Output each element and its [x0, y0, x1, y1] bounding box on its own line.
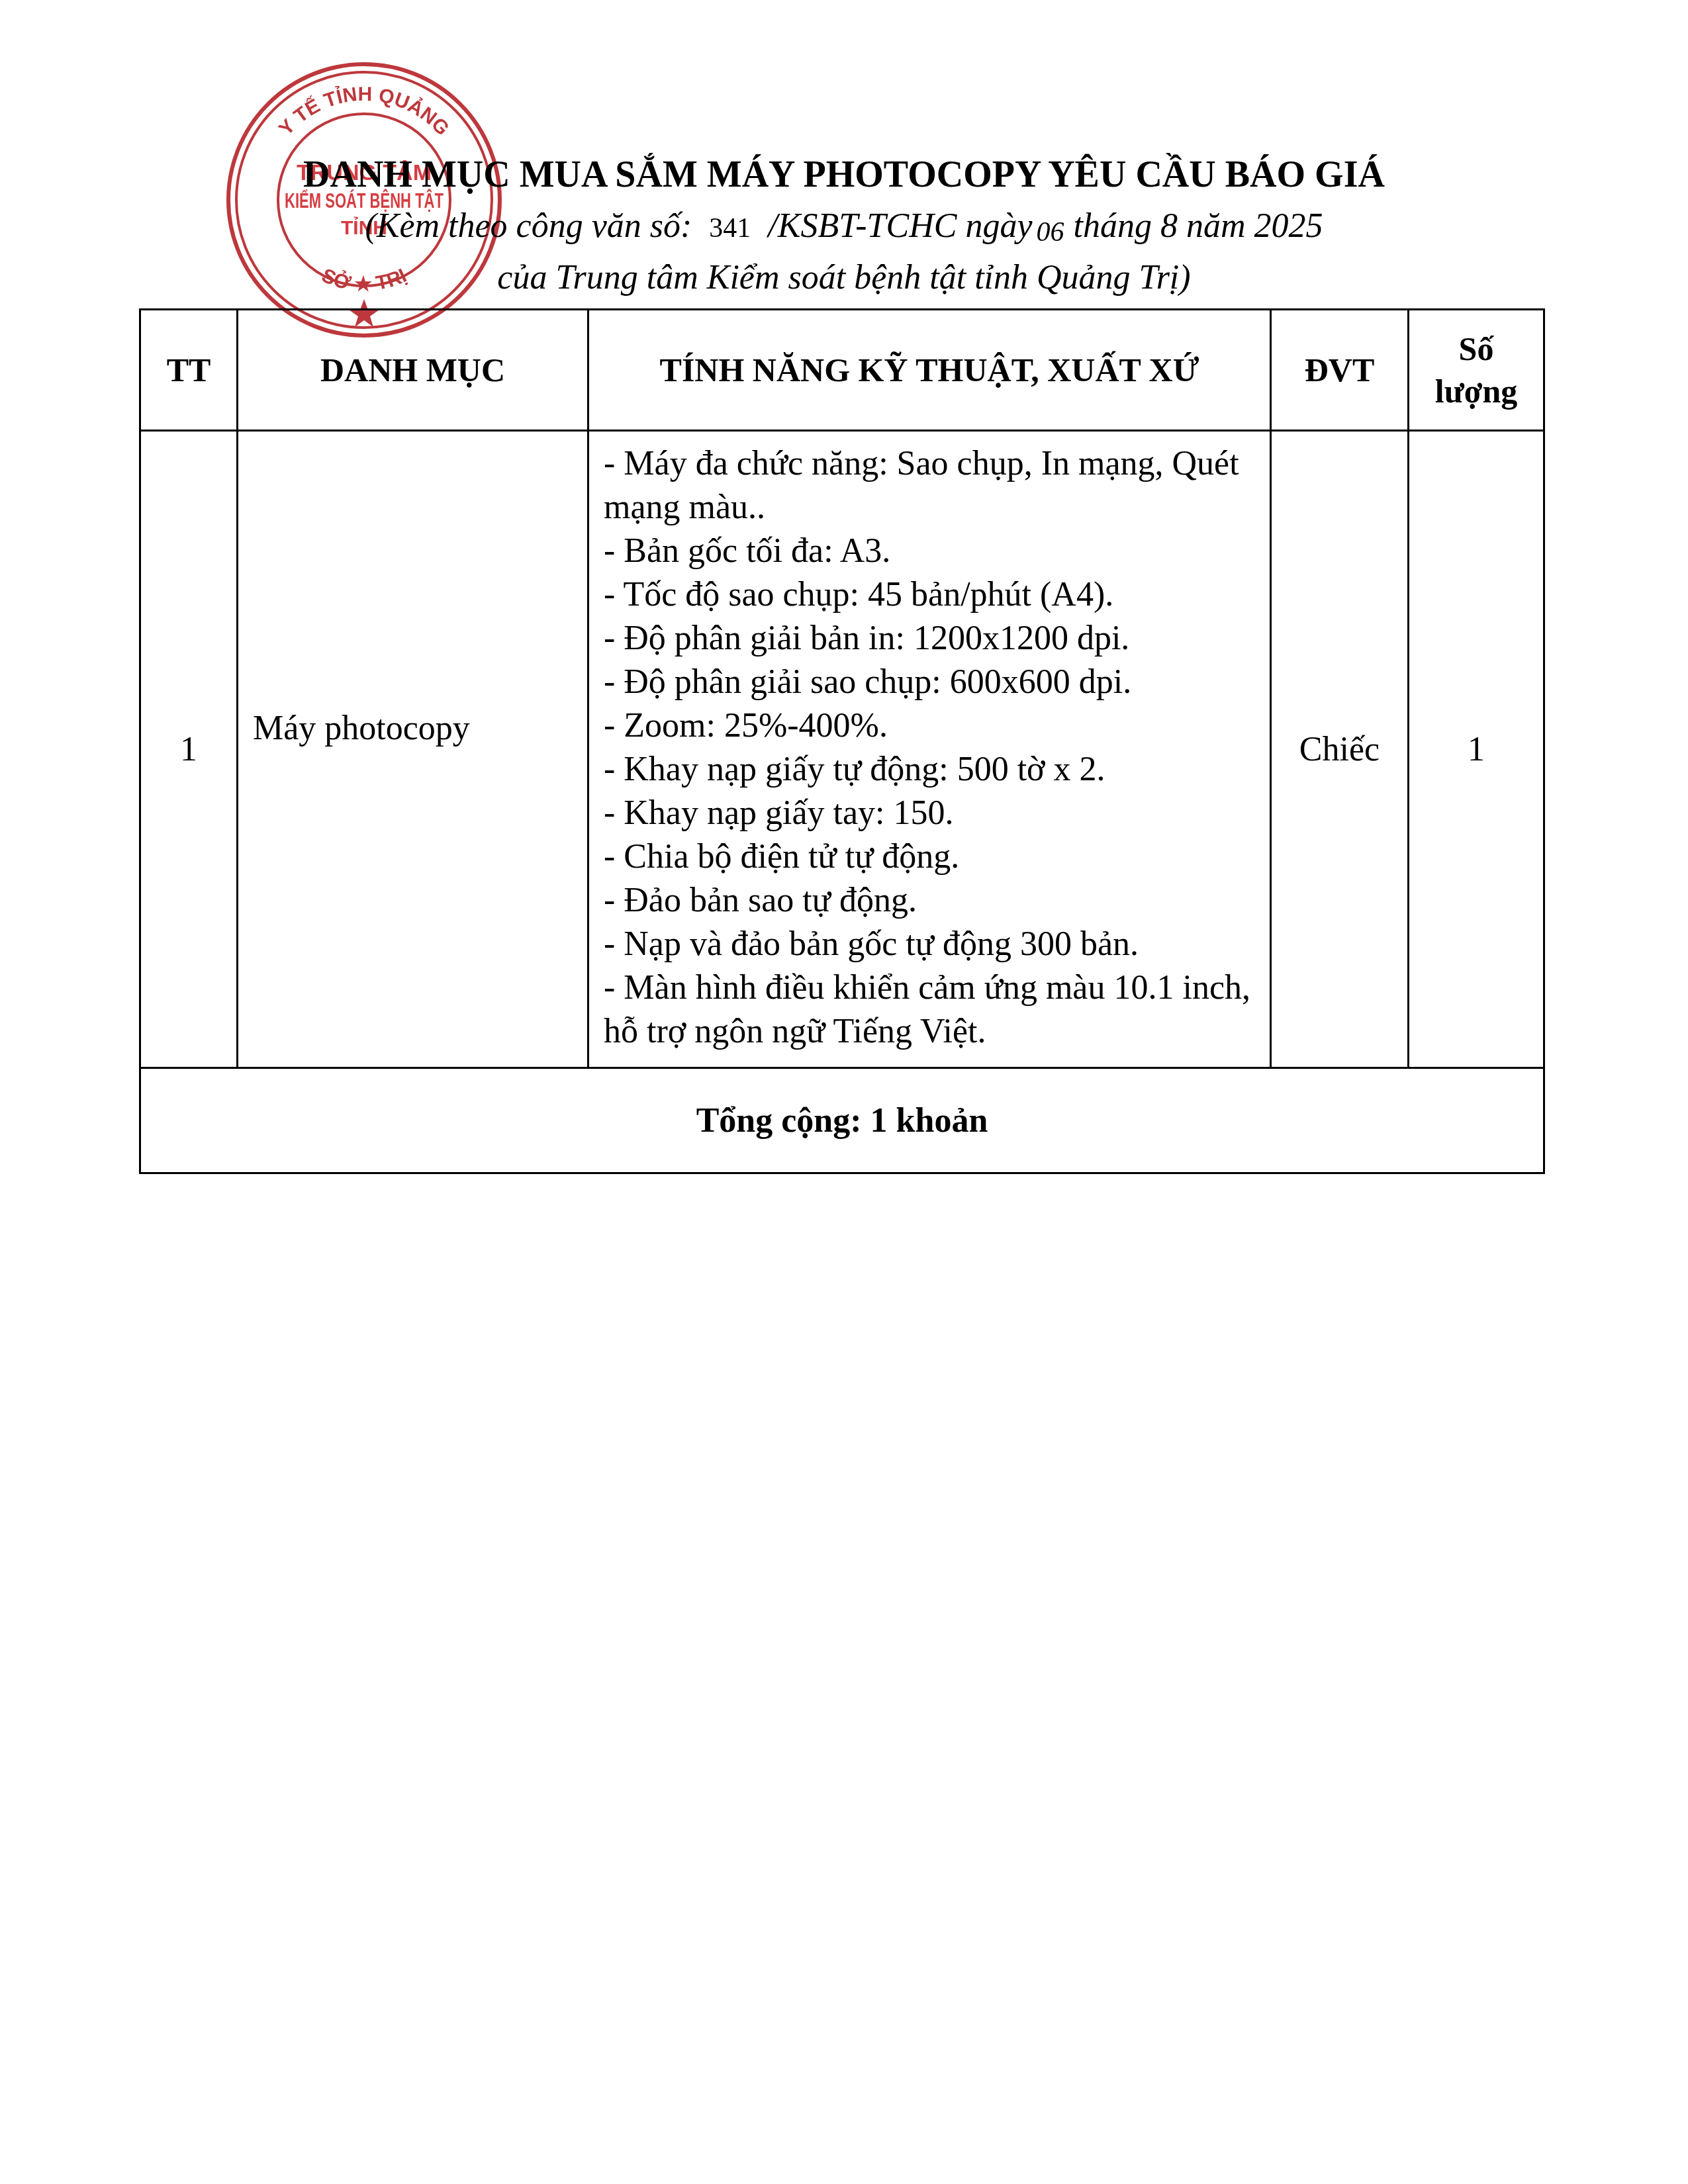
column-header-unit: ĐVT: [1271, 310, 1409, 431]
table-row: 1 Máy photocopy - Máy đa chức năng: Sao …: [140, 431, 1544, 1068]
row-index: 1: [140, 431, 238, 1068]
document-title: DANH MỤC MUA SẮM MÁY PHOTOCOPY YÊU CẦU B…: [0, 154, 1688, 196]
row-item-name: Máy photocopy: [238, 431, 588, 1068]
row-quantity: 1: [1409, 431, 1544, 1068]
column-header-tt: TT: [140, 310, 238, 431]
total-summary: Tổng cộng: 1 khoản: [140, 1068, 1544, 1173]
spec-line: - Nạp và đảo bản gốc tự động 300 bản.: [604, 923, 1258, 966]
spec-line: - Đảo bản sao tự động.: [604, 879, 1258, 923]
document-number: 341: [692, 213, 768, 244]
column-header-specs: TÍNH NĂNG KỸ THUẬT, XUẤT XỨ: [588, 310, 1271, 431]
reference-prefix: (Kèm theo công văn số:: [365, 207, 692, 245]
table-header-row: TT DANH MỤC TÍNH NĂNG KỸ THUẬT, XUẤT XỨ …: [140, 310, 1544, 431]
spec-line: - Tốc độ sao chụp: 45 bản/phút (A4).: [604, 573, 1258, 617]
spec-line: - Màn hình điều khiển cảm ứng màu 10.1 i…: [604, 966, 1258, 1054]
spec-line: - Độ phân giải bản in: 1200x1200 dpi.: [604, 617, 1258, 660]
reference-middle: /KSBT-TCHC ngày: [768, 207, 1032, 245]
document-day: 06: [1033, 217, 1074, 248]
column-header-quantity: Sốlượng: [1409, 310, 1544, 431]
seal-outer-text: Y TẾ TỈNH QUẢNG: [275, 83, 453, 140]
document-reference: (Kèm theo công văn số:341/KSBT-TCHC ngày…: [0, 206, 1688, 246]
reference-suffix: tháng 8 năm 2025: [1074, 207, 1323, 245]
procurement-table: TT DANH MỤC TÍNH NĂNG KỸ THUẬT, XUẤT XỨ …: [139, 308, 1545, 1174]
spec-line: - Độ phân giải sao chụp: 600x600 dpi.: [604, 660, 1258, 704]
spec-line: - Bản gốc tối đa: A3.: [604, 529, 1258, 573]
document-issuer: của Trung tâm Kiểm soát bệnh tật tỉnh Qu…: [0, 258, 1688, 297]
spec-line: - Zoom: 25%-400%.: [604, 704, 1258, 748]
spec-line: - Chia bộ điện tử tự động.: [604, 835, 1258, 879]
table-total-row: Tổng cộng: 1 khoản: [140, 1068, 1544, 1173]
official-seal-stamp: Y TẾ TỈNH QUẢNG SỞ ★ TRỊ TRUNG TÂM KIỂM …: [218, 54, 510, 345]
spec-line: - Máy đa chức năng: Sao chụp, In mạng, Q…: [604, 442, 1258, 529]
spec-line: - Khay nạp giấy tự động: 500 tờ x 2.: [604, 748, 1258, 792]
row-specifications: - Máy đa chức năng: Sao chụp, In mạng, Q…: [588, 431, 1271, 1068]
row-unit: Chiếc: [1271, 431, 1409, 1068]
column-header-item: DANH MỤC: [238, 310, 588, 431]
spec-line: - Khay nạp giấy tay: 150.: [604, 792, 1258, 835]
